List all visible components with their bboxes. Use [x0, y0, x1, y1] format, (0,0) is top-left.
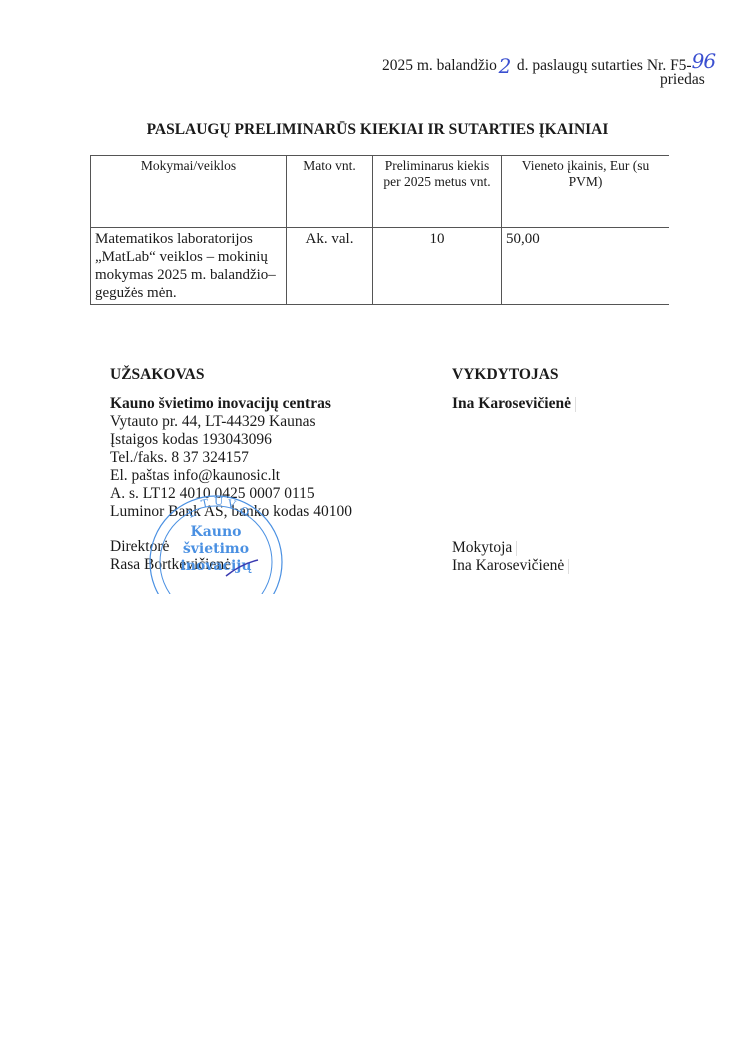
client-phone: Tel./faks. 8 37 324157: [110, 449, 352, 467]
annex-label: priedas: [660, 71, 705, 89]
client-email: El. paštas info@kaunosic.lt: [110, 467, 352, 485]
cell-unit: Ak. val.: [287, 228, 373, 305]
contractor-role-heading: VYKDYTOJAS: [452, 366, 559, 384]
table-row: Matematikos laboratorijos „MatLab“ veikl…: [91, 228, 670, 305]
handwritten-day: 2: [495, 54, 515, 78]
client-details: Kauno švietimo inovacijų centras Vytauto…: [110, 395, 352, 521]
header-unit-price: Vieneto įkainis, Eur (su PVM): [502, 156, 670, 228]
client-address: Vytauto pr. 44, LT-44329 Kaunas: [110, 413, 352, 431]
contractor-signatory-name: Ina Karosevičienė: [452, 557, 569, 575]
client-code: Įstaigos kodas 193043096: [110, 431, 352, 449]
client-bank: Luminor Bank AS, banko kodas 40100: [110, 503, 352, 521]
table-header-row: Mokymai/veiklos Mato vnt. Preliminarus k…: [91, 156, 670, 228]
document-title: PASLAUGŲ PRELIMINARŪS KIEKIAI IR SUTARTI…: [0, 121, 755, 139]
client-signatory-title: Direktorė: [110, 538, 231, 556]
cell-quantity: 10: [373, 228, 502, 305]
header-activities: Mokymai/veiklos: [91, 156, 287, 228]
header-unit: Mato vnt.: [287, 156, 373, 228]
cell-activity: Matematikos laboratorijos „MatLab“ veikl…: [91, 228, 287, 305]
client-name: Kauno švietimo inovacijų centras: [110, 395, 352, 413]
client-account: A. s. LT12 4010 0425 0007 0115: [110, 485, 352, 503]
contractor-name: Ina Karosevičienė: [452, 395, 576, 413]
header-quantity: Preliminarus kiekis per 2025 metus vnt.: [373, 156, 502, 228]
handwritten-contract-number: 96: [692, 49, 715, 73]
contractor-signatory: Mokytoja Ina Karosevičienė: [452, 539, 569, 575]
client-role-heading: UŽSAKOVAS: [110, 366, 204, 384]
pricing-table: Mokymai/veiklos Mato vnt. Preliminarus k…: [90, 155, 669, 305]
reference-prefix: 2025 m. balandžio: [382, 57, 497, 74]
client-signatory-name: Rasa Bortkevičienė: [110, 556, 231, 574]
client-signatory: Direktorė Rasa Bortkevičienė: [110, 538, 231, 574]
cell-price: 50,00: [502, 228, 670, 305]
contractor-signatory-title: Mokytoja: [452, 539, 569, 557]
